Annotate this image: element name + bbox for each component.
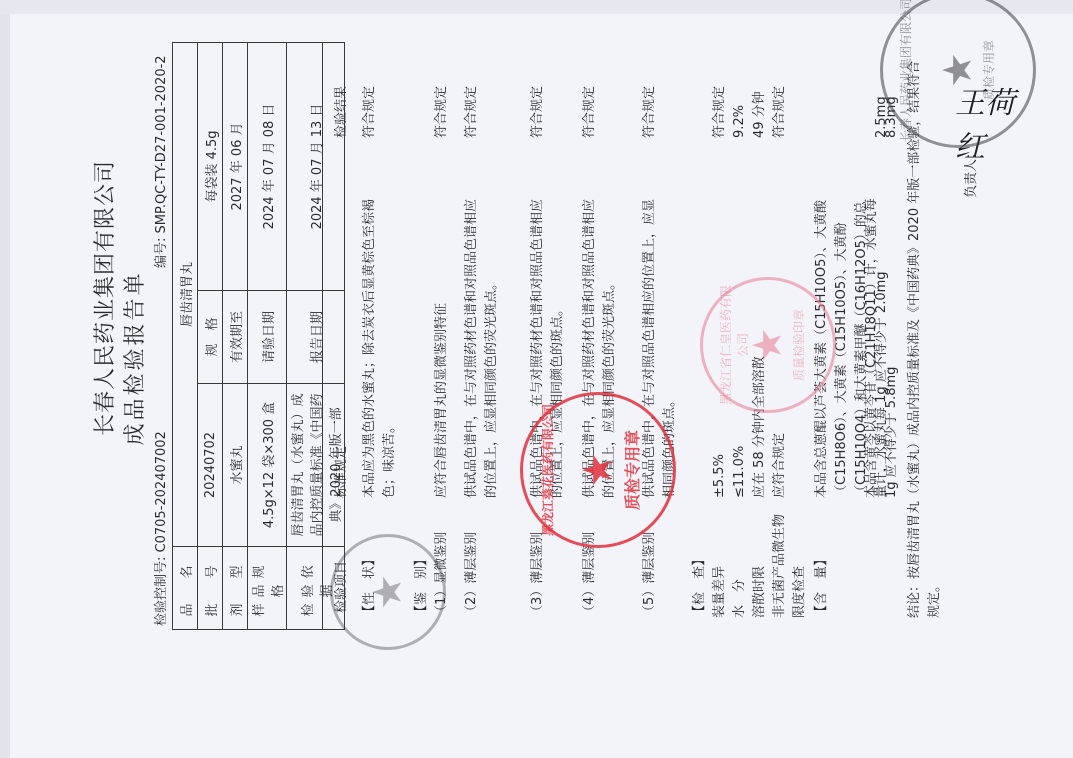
inspection-item-result: 9.2% <box>730 105 750 138</box>
identification-item-standard: 供试品色谱中，在与对照药材色谱和对照品色谱相应的位置上，应显相同颜色的荧光斑点。 <box>462 198 502 498</box>
inspection-report-page: 长春人民药业集团有限公司 成品检验报告单 检验控制号: C0705-202407… <box>0 0 1073 758</box>
control-number-value: C0705-202407002 <box>154 431 169 552</box>
control-number-label: 检验控制号: <box>154 557 169 626</box>
star-icon: ★ <box>748 327 788 363</box>
scan-edge <box>0 0 10 758</box>
identification-item-result: 符合规定 <box>432 86 452 138</box>
seal-subtext: 质检专用章 <box>980 0 997 145</box>
section-heading-inspection: 【检 查】 <box>690 498 710 618</box>
label-dosage-form: 剂 型 <box>223 547 248 630</box>
assay-item-standard: 本品含黄芩以黄芩苷（C21H18O11）计，水蜜丸每 1g 应不得少于 5.8m… <box>862 198 902 498</box>
table-row: 品 名 唇齿清胃丸 <box>173 43 198 630</box>
table-row: 样品规格 4.5g×12 袋×300 盒 请验日期 2024 年 07 月 08… <box>248 43 287 630</box>
product-info-table: 品 名 唇齿清胃丸 批 号 20240702 规 格 每袋装 4.5g 剂 型 … <box>172 42 345 630</box>
divider <box>322 42 323 630</box>
label-spec: 规 格 <box>198 291 223 384</box>
inspection-item-name: 装量差异 <box>710 498 730 618</box>
appearance-result: 符合规定 <box>360 86 380 138</box>
inspection-seal-stamp: 黑龙江省仁皇医药有限公司 ★ 质量检验印章 <box>700 277 836 413</box>
inspection-item-name: 非无菌产品微生物限度检查 <box>770 508 810 618</box>
table-row: 剂 型 水蜜丸 有效期至 2027 年 06 月 <box>223 43 248 630</box>
value-sample-spec: 4.5g×12 袋×300 盒 <box>248 384 287 547</box>
seal-text: 长春人民药业集团有限公司 <box>897 0 914 145</box>
value-request-date: 2024 年 07 月 08 日 <box>248 43 287 291</box>
document-number-value: SMP.QC-TY-D27-001-2020-2 <box>154 55 169 233</box>
control-number: 检验控制号: C0705-202407002 <box>150 431 169 626</box>
inspection-item-result: 49 分钟 <box>750 91 770 138</box>
star-icon: ★ <box>938 52 978 88</box>
inspection-item-name: 水 分 <box>730 498 750 618</box>
value-expiry: 2027 年 06 月 <box>223 43 248 291</box>
table-row: 批 号 20240702 规 格 每袋装 4.5g <box>198 43 223 630</box>
label-sample-spec: 样品规格 <box>248 547 287 630</box>
value-spec: 每袋装 4.5g <box>198 43 223 291</box>
column-header-standard: 标准规定 <box>330 446 349 498</box>
value-batch: 20240702 <box>198 384 223 547</box>
value-report-date: 2024 年 07 月 13 日 <box>287 43 345 291</box>
label-product-name: 品 名 <box>173 547 198 630</box>
identification-item-result: 符合规定 <box>462 86 482 138</box>
seal-subtext: 质量检验印章 <box>790 280 807 410</box>
report-title: 成品检验报告单 <box>118 198 149 518</box>
seal-text: 黑龙江省仁皇医药有限公司 <box>717 280 751 410</box>
seal-subtext: 质检专用章 <box>620 395 643 545</box>
conclusion-label: 结论： <box>907 579 922 618</box>
label-request-date: 请验日期 <box>248 291 287 384</box>
section-heading-assay: 【含 量】 <box>812 498 832 618</box>
document-number: 编号: SMP.QC-TY-D27-001-2020-2 <box>150 55 169 268</box>
identification-item-result: 符合规定 <box>640 86 660 138</box>
document-number-label: 编号: <box>154 238 169 268</box>
value-product-name: 唇齿清胃丸 <box>173 43 198 547</box>
identification-item-result: 符合规定 <box>528 86 548 138</box>
company-name: 长春人民药业集团有限公司 <box>88 38 119 558</box>
value-dosage-form: 水蜜丸 <box>223 384 248 547</box>
star-icon: ★ <box>578 452 618 488</box>
quality-seal-stamp: 黑龙江葵花医药有限公司 ★ 质检专用章 <box>520 392 676 548</box>
label-report-date: 报告日期 <box>287 291 345 384</box>
star-icon: ★ <box>368 574 408 610</box>
label-expiry: 有效期至 <box>223 291 248 384</box>
label-batch: 批 号 <box>198 547 223 630</box>
appearance-standard: 本品应为黑色的水蜜丸；除去炭衣后显黄棕色至棕褐色；味凉苦。 <box>360 198 400 498</box>
identification-item-name: （2）薄层鉴别 <box>462 498 482 618</box>
seal-text: 黑龙江葵花医药有限公司 <box>539 395 556 545</box>
inspection-item-result: 符合规定 <box>770 86 790 138</box>
inspection-item-result: 符合规定 <box>710 86 730 138</box>
identification-item-standard: 应符合唇齿清胃丸的显微鉴别特征 <box>432 198 452 498</box>
column-header-result: 检验结果 <box>330 86 349 138</box>
identification-item-result: 符合规定 <box>580 86 600 138</box>
partial-seal-stamp: ★ <box>330 534 446 650</box>
inspection-item-name: 溶散时限 <box>750 498 770 618</box>
